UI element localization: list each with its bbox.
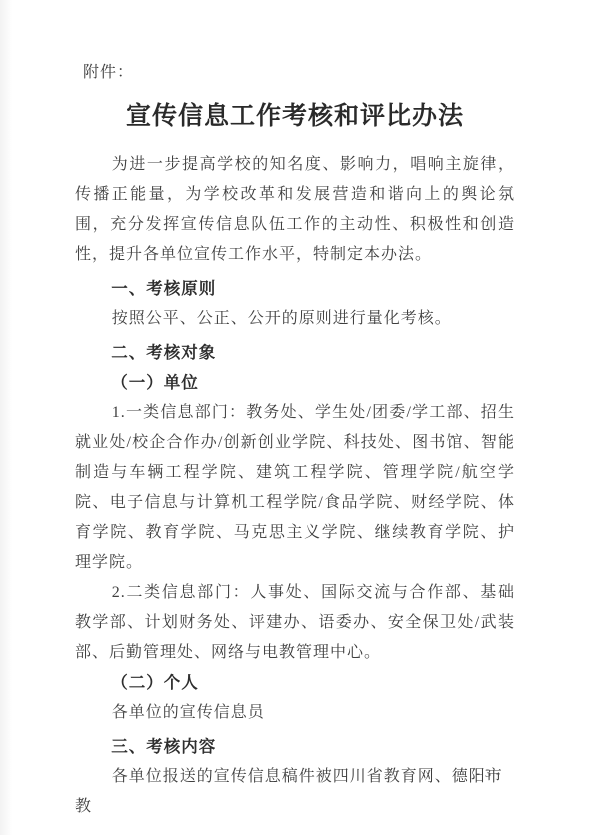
section-heading-content: 三、考核内容 bbox=[75, 732, 515, 762]
section-heading-principles: 一、考核原则 bbox=[75, 274, 515, 304]
unit-category-1-paragraph: 1.一类信息部门：教务处、学生处/团委/学工部、招生就业处/校企合作办/创新创业… bbox=[75, 398, 515, 578]
principles-text: 按照公平、公正、公开的原则进行量化考核。 bbox=[75, 304, 515, 334]
document-page: 附件： 宣传信息工作考核和评比办法 为进一步提高学校的知名度、影响力，唱响主旋律… bbox=[0, 0, 589, 835]
page-number: - 3 - bbox=[476, 766, 501, 781]
document-title: 宣传信息工作考核和评比办法 bbox=[75, 98, 515, 134]
document-content: 附件： 宣传信息工作考核和评比办法 为进一步提高学校的知名度、影响力，唱响主旋律… bbox=[75, 58, 515, 822]
attachment-label: 附件： bbox=[83, 58, 515, 88]
content-first-line: 各单位报送的宣传信息稿件被四川省教育网、德阳市教 bbox=[75, 762, 515, 822]
individuals-text: 各单位的宣传信息员 bbox=[75, 698, 515, 728]
subsection-heading-individuals: （二）个人 bbox=[75, 668, 515, 698]
intro-paragraph: 为进一步提高学校的知名度、影响力，唱响主旋律，传播正能量，为学校改革和发展营造和… bbox=[75, 150, 515, 270]
subsection-heading-units: （一）单位 bbox=[75, 368, 515, 398]
unit-category-2-paragraph: 2.二类信息部门：人事处、国际交流与合作部、基础教学部、计划财务处、评建办、语委… bbox=[75, 578, 515, 668]
scan-edge-shading bbox=[0, 0, 12, 835]
section-heading-targets: 二、考核对象 bbox=[75, 338, 515, 368]
